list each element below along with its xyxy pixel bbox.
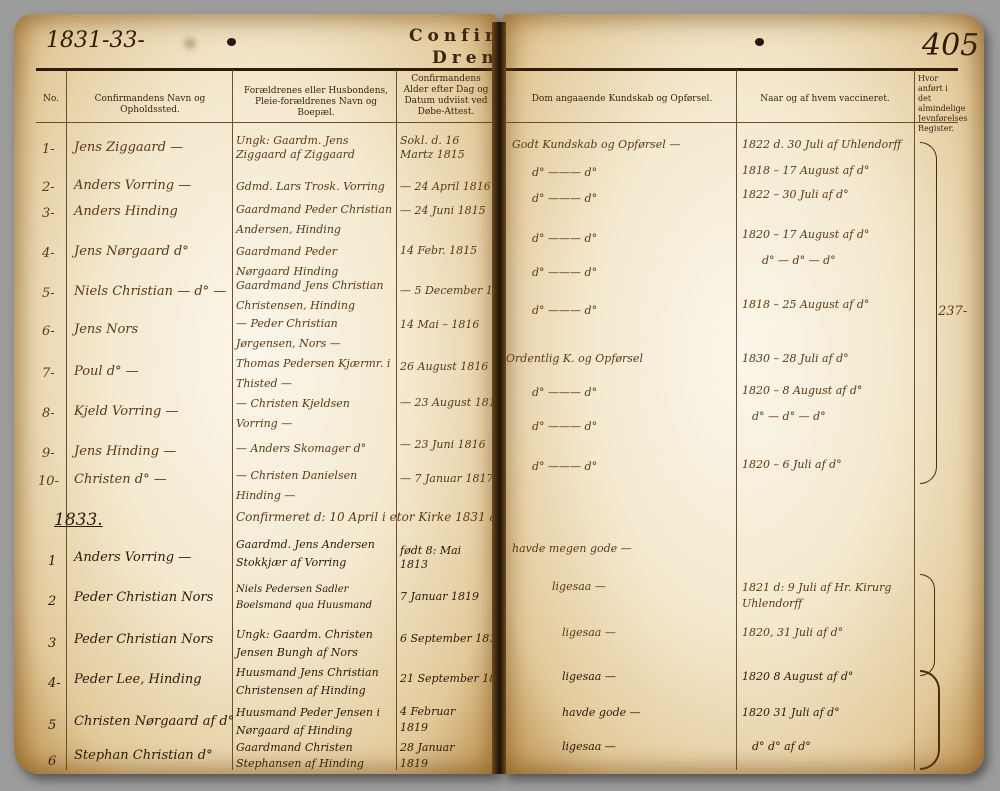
row-no: 8- <box>42 406 55 421</box>
parents-name: Ungk: Gaardm. Christen Jensen Bungh af N… <box>236 626 394 662</box>
confirmand-name: Jens Hinding — <box>74 444 176 459</box>
section-year-1833: 1833. <box>54 510 103 530</box>
row-no: 1- <box>42 142 55 157</box>
parents-name: Thomas Pedersen Kjærmr. i Thisted — <box>236 354 394 394</box>
bracket-1833-a <box>920 574 935 676</box>
row-no: 5 <box>48 718 56 733</box>
parents-name: Gaardmd. Jens Andersen Stokkjær af Vorri… <box>236 536 394 572</box>
vaccination-record: d° — d° — d° <box>762 254 836 267</box>
row-no: 1 <box>48 554 56 569</box>
confirmand-name: Stephan Christian d° <box>74 748 213 763</box>
register-spread: 1831-33- Confirmerede. Drenge. No. Confi… <box>14 14 984 776</box>
parents-name: Ungk: Gaardm. Jens Ziggaard af Ziggaard <box>236 134 394 162</box>
birth-date: 6 September 1818 <box>400 632 497 645</box>
book-spine <box>492 22 506 774</box>
register-reference: 237- <box>938 304 967 319</box>
vaccination-record: 1820 – 8 August af d° <box>742 384 862 397</box>
vaccination-record: 1818 – 17 August af d° <box>742 164 869 177</box>
judgement-text: d° ——— d° <box>532 166 597 179</box>
page-number: 405 <box>922 28 979 63</box>
judgement-text: havde gode — <box>562 706 641 719</box>
row-no: 4- <box>42 246 55 261</box>
vaccination-record: d° d° af d° <box>752 740 811 753</box>
vaccination-record: 1822 – 30 Juli af d° <box>742 188 849 201</box>
confirmand-name: Peder Lee, Hinding <box>74 672 202 687</box>
judgement-text: d° ——— d° <box>532 460 597 473</box>
judgement-text: ligesaa — <box>552 580 606 593</box>
row-no: 3 <box>48 636 56 651</box>
row-no: 2- <box>42 180 55 195</box>
birth-date: 26 August 1816 <box>400 360 488 373</box>
vaccination-record: 1822 d. 30 Juli af Uhlendorff <box>742 138 901 151</box>
birth-date: 14 Febr. 1815 <box>400 244 477 257</box>
confirmand-name: Anders Hinding <box>74 204 178 219</box>
parents-name: Gaardmand Christen Stephansen af Hinding <box>236 740 394 772</box>
vaccination-record: 1820 31 Juli af d° <box>742 706 840 719</box>
confirmand-name: Anders Vorring — <box>74 178 191 193</box>
confirmand-name: Jens Nørgaard d° <box>74 244 189 259</box>
confirmand-name: Anders Vorring — <box>74 550 191 565</box>
parents-name: Huusmand Peder Jensen i Nørgaard af Hind… <box>236 704 394 740</box>
left-page: 1831-33- Confirmerede. Drenge. No. Confi… <box>14 14 497 774</box>
confirmand-name: Peder Christian Nors <box>74 590 213 605</box>
parents-name: — Peder Christian Jørgensen, Nors — <box>236 314 394 354</box>
confirmand-name: Poul d° — <box>74 364 139 379</box>
binding-hole <box>755 38 764 46</box>
page-title-line1: Confirmerede. <box>409 26 497 46</box>
row-no: 6 <box>48 754 56 769</box>
vaccination-record: 1830 – 28 Juli af d° <box>742 352 849 365</box>
year-range-note: 1831-33- <box>46 28 145 53</box>
row-no: 6- <box>42 324 55 339</box>
bracket-1833-b <box>920 670 940 770</box>
vaccination-record: d° — d° — d° <box>752 410 826 423</box>
bracket-1831 <box>920 142 937 484</box>
birth-date: 7 Januar 1819 <box>400 590 479 603</box>
confirmand-name: Christen Nørgaard af d° <box>74 714 234 729</box>
birth-date: — 23 Juni 1816 <box>400 438 486 451</box>
confirmand-name: Jens Ziggaard — <box>74 140 183 155</box>
row-no: 4- <box>48 676 61 691</box>
parents-name: Huusmand Jens Christian Christensen af H… <box>236 664 394 700</box>
judgement-text: ligesaa — <box>562 670 616 683</box>
birth-date: 21 September 1818 <box>400 672 497 685</box>
parents-name: — Christen Kjeldsen Vorring — <box>236 394 394 434</box>
parents-name: Gaardmand Peder Christian Andersen, Hind… <box>236 200 394 240</box>
birth-date: født 8: Mai 1813 <box>400 544 492 572</box>
judgement-text: Godt Kundskab og Opførsel — <box>512 138 680 151</box>
right-page: 405 Dom angaaende Kundskab og Opførsel. … <box>502 14 984 774</box>
birth-date: — 24 April 1816 <box>400 180 491 193</box>
confirmand-name: Kjeld Vorring — <box>74 404 178 419</box>
row-no: 3- <box>42 206 55 221</box>
judgement-text: ligesaa — <box>562 626 616 639</box>
birth-date: — 24 Juni 1815 <box>400 204 486 217</box>
birth-date: 4 Februar 1819 <box>400 704 470 736</box>
judgement-text: d° ——— d° <box>532 304 597 317</box>
row-no: 10- <box>38 474 59 489</box>
col-header-no: No. <box>36 94 66 105</box>
page-title-line2: Drenge. <box>432 48 497 68</box>
judgement-text: d° ——— d° <box>532 192 597 205</box>
parents-name: — Anders Skomager d° <box>236 442 366 455</box>
judgement-text: d° ——— d° <box>532 420 597 433</box>
parents-name: Gaardmand Jens Christian Christensen, Hi… <box>236 276 394 316</box>
parents-name: Gdmd. Lars Trosk. Vorring <box>236 180 385 193</box>
judgement-text: havde megen gode — <box>512 542 632 555</box>
col-header-register: Hvor anført i det almindelige Jevnførels… <box>918 74 962 134</box>
judgement-text: ligesaa — <box>562 740 616 753</box>
vaccination-record: 1820 8 August af d° <box>742 670 853 683</box>
col-header-parents: Forældrenes eller Husbondens, Pleie-foræ… <box>236 86 396 119</box>
birth-date: — 23 August 1816 <box>400 396 497 409</box>
birth-date: 28 Januar 1819 <box>400 740 470 772</box>
col-header-judgement: Dom angaaende Kundskab og Opførsel. <box>512 94 732 105</box>
birth-date: — 5 December 1816 <box>400 284 497 297</box>
vaccination-record: 1820, 31 Juli af d° <box>742 626 843 639</box>
birth-date: 14 Mai – 1816 <box>400 318 479 331</box>
birth-date: Sokl. d. 16 Martz 1815 <box>400 134 492 162</box>
confirmation-note: Confirmeret d: 10 April i etor Kirke 183… <box>236 510 497 524</box>
judgement-text: d° ——— d° <box>532 386 597 399</box>
confirmand-name: Peder Christian Nors <box>74 632 213 647</box>
vaccination-record: 1821 d: 9 Juli af Hr. Kirurg Uhlendorff <box>742 580 912 612</box>
col-header-age: Confirmandens Alder efter Dag og Datum u… <box>398 74 494 118</box>
judgement-text: d° ——— d° <box>532 266 597 279</box>
row-no: 2 <box>48 594 56 609</box>
row-no: 7- <box>42 366 55 381</box>
judgement-text: Ordentlig K. og Opførsel <box>506 352 643 365</box>
parents-name: Niels Pedersen Sadler Boelsmand qua Huus… <box>236 582 394 614</box>
col-header-vaccinated: Naar og af hvem vaccineret. <box>740 94 910 105</box>
judgement-text: d° ——— d° <box>532 232 597 245</box>
confirmand-name: Christen d° — <box>74 472 167 487</box>
row-no: 9- <box>42 446 55 461</box>
parents-name: — Christen Danielsen Hinding — <box>236 466 394 506</box>
vaccination-record: 1818 – 25 August af d° <box>742 298 869 311</box>
confirmand-name: Jens Nors <box>74 322 138 337</box>
vaccination-record: 1820 – 17 August af d° <box>742 228 869 241</box>
confirmand-name: Niels Christian — d° — <box>74 284 226 299</box>
row-no: 5- <box>42 286 55 301</box>
col-header-name: Confirmandens Navn og Opholdssted. <box>70 94 230 116</box>
binding-hole <box>227 38 236 46</box>
vaccination-record: 1820 – 6 Juli af d° <box>742 458 842 471</box>
birth-date: — 7 Januar 1817 <box>400 472 493 485</box>
